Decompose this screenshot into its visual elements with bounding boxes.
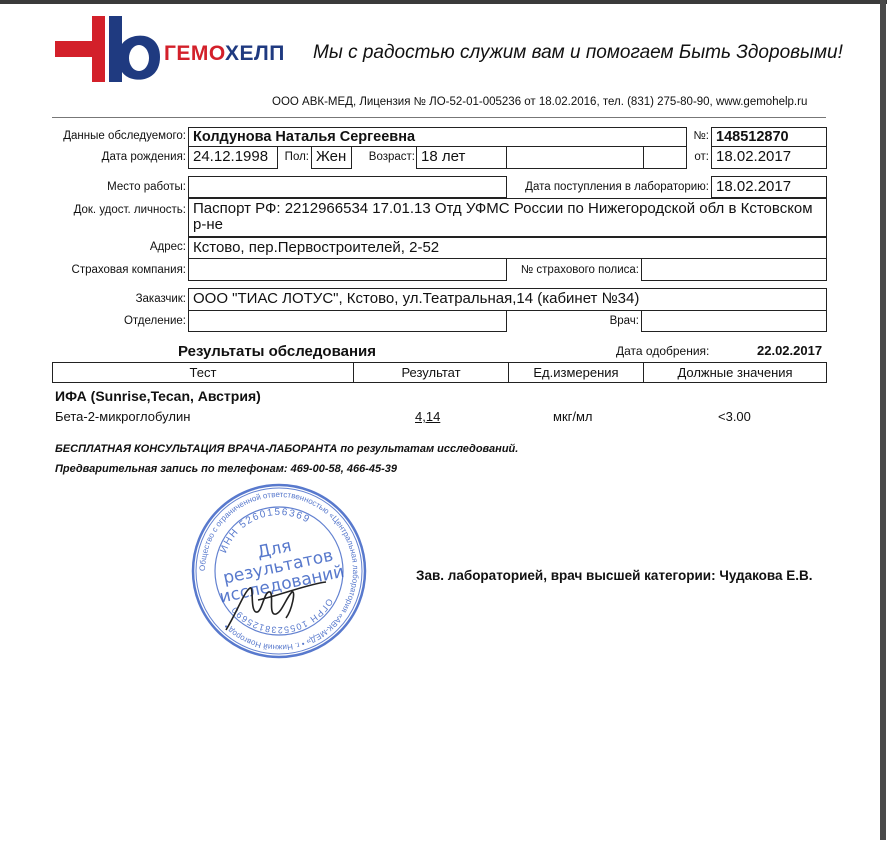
workplace-field	[188, 176, 507, 198]
order-number-label: №:	[693, 130, 709, 142]
appointment-phones: Предварительная запись по телефонам: 469…	[55, 463, 397, 475]
brand-name-part2: ХЕЛП	[225, 42, 285, 65]
results-table-header: Тест Результат Ед.измерения Должные знач…	[52, 362, 827, 383]
workplace-label: Место работы:	[107, 181, 186, 193]
gemohelp-logo: ГЕМОХЕЛП	[52, 14, 282, 84]
doctor-field	[641, 310, 827, 332]
sex-label: Пол:	[285, 151, 309, 163]
approval-date: 22.02.2017	[757, 343, 822, 358]
dob-field: 24.12.1998	[188, 146, 278, 169]
results-title: Результаты обследования	[178, 343, 376, 360]
age-field: 18 лет	[416, 146, 507, 169]
license-line: ООО АВК-МЕД, Лицензия № ЛО-52-01-005236 …	[272, 96, 807, 108]
insurance-label: Страховая компания:	[72, 264, 186, 276]
policy-field	[641, 258, 827, 281]
dob-label: Дата рождения:	[102, 151, 186, 163]
patient-name-field: Колдунова Наталья Сергеевна	[188, 127, 687, 147]
order-number-field: 148512870	[711, 127, 827, 147]
consultation-notice: БЕСПЛАТНАЯ КОНСУЛЬТАЦИЯ ВРАЧА-ЛАБОРАНТА …	[55, 443, 518, 455]
window-right-border	[880, 0, 886, 840]
lab-date-field: 18.02.2017	[711, 176, 827, 198]
doctor-label: Врач:	[610, 315, 639, 327]
sex-field: Жен	[311, 146, 352, 169]
empty-field-2	[643, 146, 687, 169]
policy-label: № страхового полиса:	[521, 264, 639, 276]
age-label: Возраст:	[369, 151, 415, 163]
test-unit: мкг/мл	[553, 409, 593, 424]
address-label: Адрес:	[150, 241, 186, 253]
from-date-label: от:	[694, 151, 709, 163]
customer-label: Заказчик:	[136, 293, 186, 305]
insurance-field	[188, 258, 507, 281]
department-field	[188, 310, 507, 332]
empty-field-1	[506, 146, 644, 169]
lab-stamp: Общество с ограниченной ответственностью…	[188, 480, 370, 662]
test-reference: <3.00	[718, 409, 751, 424]
lab-date-label: Дата поступления в лабораторию:	[525, 181, 709, 193]
brand-name: ГЕМОХЕЛП	[164, 42, 285, 66]
lab-head-signature: Зав. лабораторией, врач высшей категории…	[416, 568, 813, 583]
window-top-border	[0, 0, 887, 4]
column-header-result: Результат	[353, 363, 508, 382]
from-date-field: 18.02.2017	[711, 146, 827, 169]
patient-name-label: Данные обследуемого:	[63, 130, 186, 142]
column-header-reference: Должные значения	[643, 363, 826, 382]
header-divider	[52, 117, 826, 118]
slogan: Мы с радостью служим вам и помогаем Быть…	[313, 42, 843, 64]
stamp-seal-icon: Общество с ограниченной ответственностью…	[188, 480, 370, 662]
id-doc-label: Док. удост. личность:	[74, 204, 186, 216]
id-doc-field: Паспорт РФ: 2212966534 17.01.13 Отд УФМС…	[188, 198, 827, 237]
approval-date-label: Дата одобрения:	[616, 344, 709, 358]
test-result: 4,14	[415, 409, 440, 424]
department-label: Отделение:	[124, 315, 186, 327]
test-group-title: ИФА (Sunrise,Tecan, Австрия)	[55, 388, 261, 404]
brand-name-part1: ГЕМО	[164, 42, 225, 65]
test-name: Бета-2-микроглобулин	[55, 409, 190, 424]
customer-field: ООО "ТИАС ЛОТУС", Кстово, ул.Театральная…	[188, 288, 827, 311]
address-field: Кстово, пер.Первостроителей, 2-52	[188, 237, 827, 259]
column-header-test: Тест	[53, 363, 353, 382]
column-header-unit: Ед.измерения	[508, 363, 643, 382]
